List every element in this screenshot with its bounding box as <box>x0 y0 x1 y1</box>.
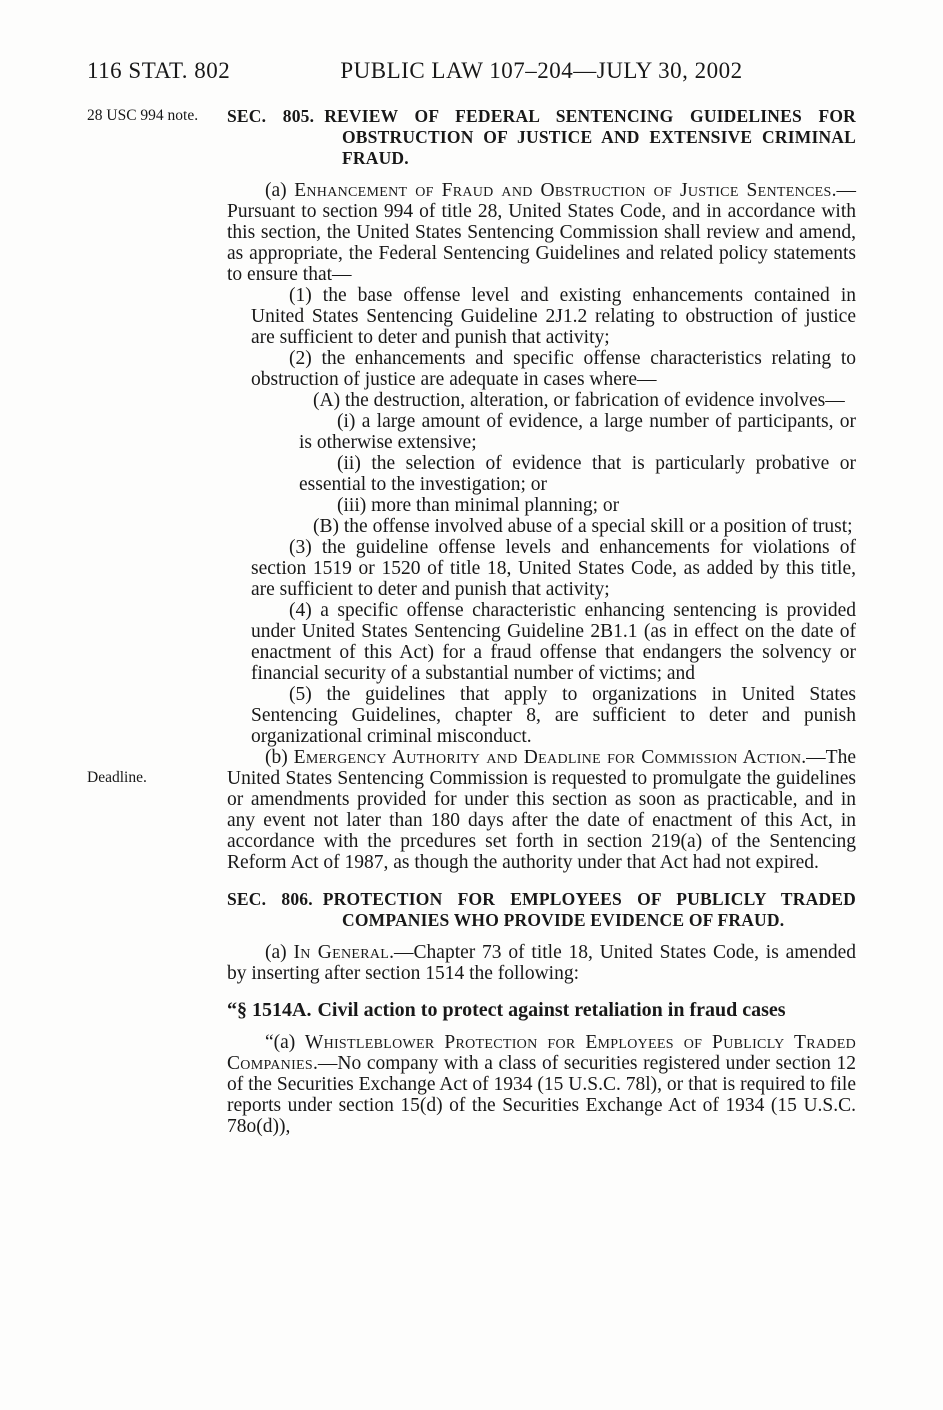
statute-paragraph: (a) In General.—Chapter 73 of title 18, … <box>227 942 856 984</box>
text-run: (A) the destruction, alteration, or fabr… <box>313 390 845 411</box>
statute-paragraph: (ii) the selection of evidence that is p… <box>227 453 856 495</box>
text-run: (ii) the selection of evidence that is p… <box>299 453 856 495</box>
small-caps-run: Enhancement of Fraud and Obstruction of … <box>294 180 831 201</box>
statute-paragraph: (1) the base offense level and existing … <box>227 285 856 348</box>
statute-body: SEC. 805.REVIEW OF FEDERAL SENTENCING GU… <box>227 106 856 1137</box>
statute-paragraph: (iii) more than minimal planning; or <box>227 495 856 516</box>
text-run: (B) the offense involved abuse of a spec… <box>313 516 853 537</box>
section-title: REVIEW OF FEDERAL SENTENCING GUIDELINES … <box>324 106 856 168</box>
scanned-statute-page: 116 STAT. 802 PUBLIC LAW 107–204—JULY 30… <box>0 0 943 1410</box>
statute-paragraph: (4) a specific offense characteristic en… <box>227 600 856 684</box>
text-run: (b) <box>265 747 294 768</box>
text-run: (i) a large amount of evidence, a large … <box>299 411 856 453</box>
text-run: (a) <box>265 180 294 201</box>
statute-paragraph: (2) the enhancements and specific offens… <box>227 348 856 390</box>
section-number: SEC. 806. <box>227 889 313 909</box>
code-section-heading: “§ 1514A.Civil action to protect against… <box>227 998 856 1022</box>
text-run: (1) the base offense level and existing … <box>251 285 856 348</box>
section-title: Civil action to protect against retaliat… <box>317 999 785 1021</box>
statute-paragraph: (i) a large amount of evidence, a large … <box>227 411 856 453</box>
page-number-stat: 116 STAT. 802 <box>87 58 230 84</box>
margin-note: Deadline. <box>87 769 221 787</box>
text-run: (4) a specific offense characteristic en… <box>251 600 856 684</box>
statute-paragraph: (A) the destruction, alteration, or fabr… <box>227 390 856 411</box>
statute-paragraph: (3) the guideline offense levels and enh… <box>227 537 856 600</box>
text-run: “(a) <box>265 1032 305 1053</box>
text-run: .—No company with a class of securities … <box>227 1053 856 1137</box>
text-run: (2) the enhancements and specific offens… <box>251 348 856 390</box>
text-run: (a) <box>265 942 293 963</box>
statute-paragraph: (5) the guidelines that apply to organiz… <box>227 684 856 747</box>
statute-paragraph: (b) Emergency Authority and Deadline for… <box>227 747 856 873</box>
section-number: “§ 1514A. <box>227 999 311 1021</box>
margin-note: 28 USC 994 note. <box>87 107 221 125</box>
small-caps-run: In General <box>293 942 389 963</box>
statute-paragraph: (a) Enhancement of Fraud and Obstruction… <box>227 180 856 285</box>
section-number: SEC. 805. <box>227 106 314 126</box>
small-caps-run: Emergency Authority and Deadline for Com… <box>294 747 802 768</box>
text-run: (iii) more than minimal planning; or <box>337 495 619 516</box>
text-run: (3) the guideline offense levels and enh… <box>251 537 856 600</box>
section-heading: SEC. 805.REVIEW OF FEDERAL SENTENCING GU… <box>227 106 856 169</box>
statute-paragraph: “(a) Whistleblower Protection for Employ… <box>227 1032 856 1137</box>
section-title: PROTECTION FOR EMPLOYEES OF PUBLICLY TRA… <box>323 889 856 930</box>
statute-paragraph: (B) the offense involved abuse of a spec… <box>227 516 856 537</box>
text-run: (5) the guidelines that apply to organiz… <box>251 684 856 747</box>
section-heading: SEC. 806.PROTECTION FOR EMPLOYEES OF PUB… <box>227 889 856 931</box>
running-head-law-title: PUBLIC LAW 107–204—JULY 30, 2002 <box>227 58 856 84</box>
